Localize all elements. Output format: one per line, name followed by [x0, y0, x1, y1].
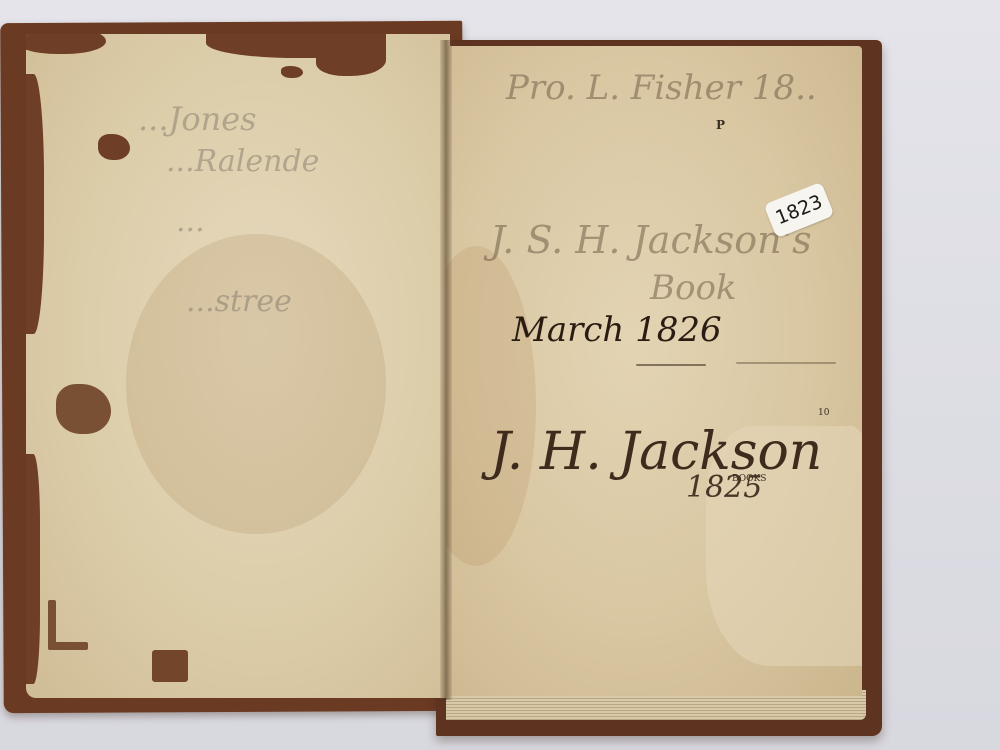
book-gutter: [440, 40, 452, 700]
page-number: 10: [818, 408, 829, 418]
printer-mark: P: [716, 118, 725, 132]
underline: [636, 364, 706, 366]
pencil-note: ...stree: [186, 284, 292, 319]
leather-stain: [26, 454, 40, 684]
date-inscription: March 1826: [512, 310, 722, 350]
pencil-note: ...Jones: [138, 100, 257, 138]
right-flyleaf: Pro. L. Fisher 18.. P J. S. H. Jackson's…: [446, 46, 862, 696]
owner-inscription: J. S. H. Jackson's: [490, 218, 812, 262]
left-endpaper: ...Jones ...Ralende ... ...stree: [26, 34, 450, 698]
leather-stain: [48, 642, 88, 650]
printed-text-fragment: BOOKS: [732, 474, 766, 484]
leather-stain: [26, 34, 106, 54]
water-stain: [446, 246, 536, 566]
leather-stain: [316, 44, 386, 76]
leather-stain: [281, 66, 303, 78]
pencil-note: ...: [176, 204, 205, 239]
photo-scene: ...Jones ...Ralende ... ...stree Pro. L.…: [0, 0, 1000, 750]
leather-stain: [98, 134, 130, 160]
pencil-note: ...Ralende: [166, 144, 319, 179]
signature: J. H. Jackson: [490, 422, 822, 482]
owner-inscription-book: Book: [650, 268, 737, 308]
inscription-top: Pro. L. Fisher 18..: [506, 68, 817, 108]
leather-stain: [152, 650, 188, 682]
leather-stain: [56, 384, 111, 434]
underline: [736, 362, 836, 364]
age-discoloration: [126, 234, 386, 534]
leather-stain: [26, 74, 44, 334]
